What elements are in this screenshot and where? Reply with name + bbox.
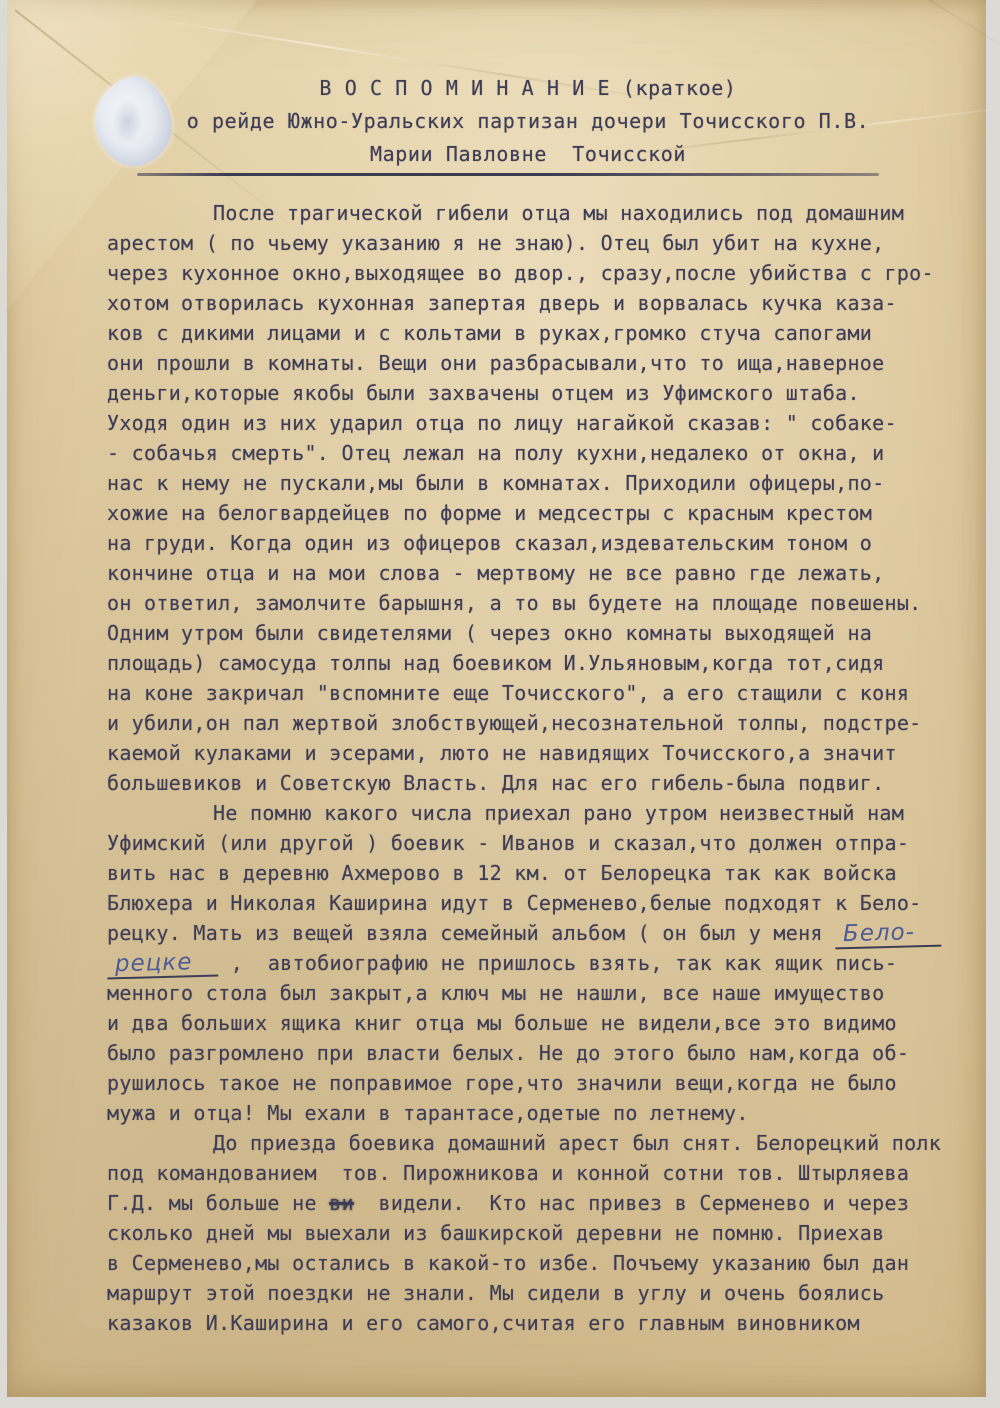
typed-text: и два больших ящика книг отца мы больше … — [107, 1011, 897, 1035]
text-line: и два больших ящика книг отца мы больше … — [107, 1008, 949, 1038]
typed-text: рецку. Мать из вещей взяла семейный альб… — [107, 921, 835, 945]
struck-text: ви — [329, 1191, 354, 1215]
paragraph: До приезда боевика домашний арест был сн… — [107, 1128, 949, 1338]
document-content: В О С П О М И Н А Н И Е (краткое) о рейд… — [107, 72, 949, 1338]
title-underline — [137, 173, 879, 176]
scanner-background: { "title": { "line1": "В О С П О М И Н А… — [0, 0, 1000, 1408]
text-line: До приезда боевика домашний арест был сн… — [107, 1128, 949, 1158]
typed-text: кончине отца и на мои слова - мертвому н… — [107, 561, 884, 585]
typed-text: нас к нему не пускали,мы были в комнатах… — [107, 471, 884, 495]
typed-text: они прошли в комнаты. Вещи они разбрасыв… — [107, 351, 884, 375]
paragraph: Не помню какого числа приехал рано утром… — [107, 798, 949, 1128]
text-line: Г.Д. мы больше не ви видели. Кто нас при… — [107, 1188, 949, 1218]
text-line: рушилось такое не поправимое горе,что зн… — [107, 1068, 949, 1098]
text-line: Не помню какого числа приехал рано утром… — [107, 798, 949, 828]
text-line: сколько дней мы выехали из башкирской де… — [107, 1218, 949, 1248]
document-subtitle: о рейде Южно-Уральских партизан дочери Т… — [107, 105, 949, 138]
typed-text: Г.Д. мы больше не — [107, 1191, 329, 1215]
text-line: мужа и отца! Мы ехали в тарантасе,одетые… — [107, 1098, 949, 1128]
typed-text: Уфимский (или другой ) боевик - Иванов и… — [107, 831, 909, 855]
typed-text: было разгромлено при власти белых. Не до… — [107, 1041, 909, 1065]
typed-text: мужа и отца! Мы ехали в тарантасе,одетые… — [107, 1101, 749, 1125]
typed-text: До приезда боевика домашний арест был сн… — [213, 1131, 941, 1155]
text-line: нас к нему не пускали,мы были в комнатах… — [107, 468, 949, 498]
paragraph: После трагической гибели отца мы находил… — [107, 198, 949, 798]
document-title: В О С П О М И Н А Н И Е (краткое) — [107, 72, 949, 105]
document-body: После трагической гибели отца мы находил… — [107, 198, 949, 1338]
text-line: площадь) самосуда толпы над боевиком И.У… — [107, 648, 949, 678]
text-line: После трагической гибели отца мы находил… — [107, 198, 949, 228]
text-line: на коне закричал "вспомните еще Точисско… — [107, 678, 949, 708]
typed-text: хотом отворилась кухонная запертая дверь… — [107, 291, 897, 315]
text-line: Уходя один из них ударил отца по лицу на… — [107, 408, 949, 438]
text-line: вить нас в деревню Ахмерово в 12 км. от … — [107, 858, 949, 888]
document-page: В О С П О М И Н А Н И Е (краткое) о рейд… — [7, 0, 986, 1397]
typed-text: под командованием тов. Пирожникова и кон… — [107, 1161, 909, 1185]
typed-text: через кухонное окно,выходящее во двор., … — [107, 261, 934, 285]
text-line: ков с дикими лицами и с кольтами в руках… — [107, 318, 949, 348]
text-line: маршрут этой поездки не знали. Мы сидели… — [107, 1278, 949, 1308]
text-line: казаков И.Каширина и его самого,считая е… — [107, 1308, 949, 1338]
typed-text: арестом ( по чьему указанию я не знаю). … — [107, 231, 884, 255]
typed-text: большевиков и Советскую Власть. Для нас … — [107, 771, 884, 795]
text-line: рецку. Мать из вещей взяла семейный альб… — [107, 918, 949, 948]
text-line: хожие на белогвардейцев по форме и медсе… — [107, 498, 949, 528]
typed-text: и убили,он пал жертвой злобствующей,несо… — [107, 711, 922, 735]
typed-text: вить нас в деревню Ахмерово в 12 км. от … — [107, 861, 897, 885]
text-line: Уфимский (или другой ) боевик - Иванов и… — [107, 828, 949, 858]
typed-text: Блюхера и Николая Каширина идут в Сермен… — [107, 891, 922, 915]
typed-text: на груди. Когда один из офицеров сказал,… — [107, 531, 872, 555]
text-line: было разгромлено при власти белых. Не до… — [107, 1038, 949, 1068]
typed-text: рушилось такое не поправимое горе,что зн… — [107, 1071, 897, 1095]
typed-text: сколько дней мы выехали из башкирской де… — [107, 1221, 884, 1245]
paper-crease — [870, 0, 1000, 60]
text-line: каемой кулаками и эсерами, люто не навид… — [107, 738, 949, 768]
text-line: арестом ( по чьему указанию я не знаю). … — [107, 228, 949, 258]
text-line: деньги,которые якобы были захвачены отце… — [107, 378, 949, 408]
typed-text: деньги,которые якобы были захвачены отце… — [107, 381, 860, 405]
text-line: под командованием тов. Пирожникова и кон… — [107, 1158, 949, 1188]
text-line: Одним утром были свидетелями ( через окн… — [107, 618, 949, 648]
text-line: хотом отворилась кухонная запертая дверь… — [107, 288, 949, 318]
typed-text: - собачья смерть". Отец лежал на полу ку… — [107, 441, 884, 465]
text-line: менного стола был закрыт,а ключ мы не на… — [107, 978, 949, 1008]
text-line: он ответил, замолчите барышня, а то вы б… — [107, 588, 949, 618]
typed-text: казаков И.Каширина и его самого,считая е… — [107, 1311, 860, 1335]
typed-text: менного стола был закрыт,а ключ мы не на… — [107, 981, 884, 1005]
handwritten-note: Бело- — [835, 919, 942, 950]
typed-text: на коне закричал "вспомните еще Точисско… — [107, 681, 909, 705]
typed-text: хожие на белогвардейцев по форме и медсе… — [107, 501, 872, 525]
typed-text: Одним утром были свидетелями ( через окн… — [107, 621, 872, 645]
typed-text: , автобиографию не пришлось взять, так к… — [218, 951, 897, 975]
handwritten-note: рецке — [107, 949, 219, 980]
typed-text: видели. Кто нас привез в Серменево и чер… — [354, 1191, 909, 1215]
text-line: кончине отца и на мои слова - мертвому н… — [107, 558, 949, 588]
text-line: в Серменево,мы остались в какой-то избе.… — [107, 1248, 949, 1278]
text-line: на груди. Когда один из офицеров сказал,… — [107, 528, 949, 558]
typed-text: ков с дикими лицами и с кольтами в руках… — [107, 321, 872, 345]
text-line: Блюхера и Николая Каширина идут в Сермен… — [107, 888, 949, 918]
typed-text: Не помню какого числа приехал рано утром… — [213, 801, 904, 825]
typed-text: Уходя один из них ударил отца по лицу на… — [107, 411, 897, 435]
text-line: и убили,он пал жертвой злобствующей,несо… — [107, 708, 949, 738]
text-line: через кухонное окно,выходящее во двор., … — [107, 258, 949, 288]
typed-text: он ответил, замолчите барышня, а то вы б… — [107, 591, 922, 615]
document-author: Марии Павловне Точисской — [107, 138, 949, 171]
text-line: большевиков и Советскую Власть. Для нас … — [107, 768, 949, 798]
text-line: они прошли в комнаты. Вещи они разбрасыв… — [107, 348, 949, 378]
typed-text: площадь) самосуда толпы над боевиком И.У… — [107, 651, 884, 675]
typed-text: в Серменево,мы остались в какой-то избе.… — [107, 1251, 909, 1275]
typed-text: маршрут этой поездки не знали. Мы сидели… — [107, 1281, 884, 1305]
text-line: рецке , автобиографию не пришлось взять,… — [107, 948, 949, 978]
text-line: - собачья смерть". Отец лежал на полу ку… — [107, 438, 949, 468]
typed-text: После трагической гибели отца мы находил… — [213, 201, 904, 225]
typed-text: каемой кулаками и эсерами, люто не навид… — [107, 741, 897, 765]
